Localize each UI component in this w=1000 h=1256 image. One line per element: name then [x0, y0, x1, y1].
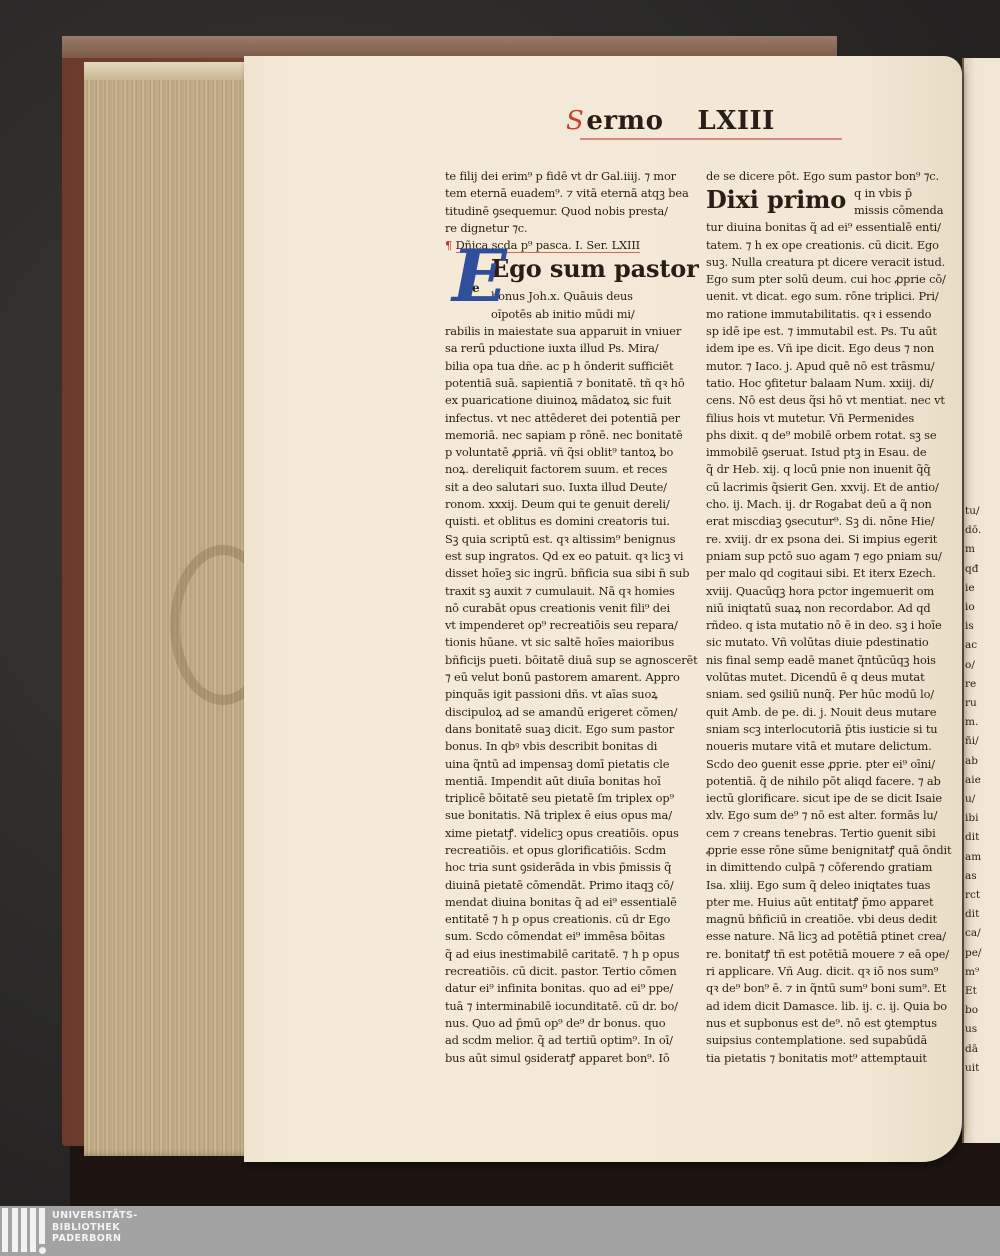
text-line: disset hoīeꝫ sic ingrū. bñficia sua sibi… [445, 565, 700, 582]
facing-page-text-fragment: tu/ dō. m qđ ie io is ac o/ re ru m. ñi/… [965, 502, 1000, 1078]
text-line: uina q̃ntū ad impensaꝫ domī pietatis cle [445, 756, 700, 773]
text-line: ⁊ eū velut bonū pastorem amarent. Appro [445, 669, 700, 686]
text-line: est sup ingratos. Qd ex eo patuit. qꝛ li… [445, 548, 700, 565]
text-line: erat miscdiaꝫ ꝯsecutur⁹. Sꝫ di. nōne Hie… [706, 513, 958, 530]
text-line: ꝓprie esse rōne sūme benignitatꝭ quā ōnd… [706, 842, 958, 859]
running-head-number: LXIII [697, 106, 774, 136]
text-line: suꝫ. Nulla creatura pt dicere veracit is… [706, 254, 958, 271]
text-line: rñdeo. q ista mutatio nō ē in deo. sꝫ i … [706, 617, 958, 634]
text-line: sum. Scdo cōmendat ei⁹ immēsa bōitas [445, 928, 700, 945]
text-line: iectū glorificare. sicut ipe de se dicit… [706, 790, 958, 807]
text-line: q̃ dr Heb. xij. q locū pnie non inuenit … [706, 461, 958, 478]
left-column-body: bonus Joh.x. Quāuis deusoĩpotēs ab initi… [445, 288, 700, 1066]
text-line: hoc tria sunt ꝯsiderāda in vbis p̄missis… [445, 859, 700, 876]
text-line: entitatē ⁊ h p opus creationis. cū dr Eg… [445, 911, 700, 928]
text-line: q̃ ad eius inestimabilē caritatē. ⁊ h p … [445, 946, 700, 963]
text-line: diuinā pietatē cōmendāt. Primo itaqꝫ cō/ [445, 877, 700, 894]
text-line: sic mutato. Vñ volūtas diuie pdestinatio [706, 634, 958, 651]
text-line: ad scdm melior. q̃ ad tertiū optim⁹. In … [445, 1032, 700, 1049]
text-line: noueris mutare vitā et mutare delictum. [706, 738, 958, 755]
text-line: bilia opa tua dñe. ac p h ōnderit suffic… [445, 358, 700, 375]
text-line: dans bonitatē suaꝫ dicit. Ego sum pastor [445, 721, 700, 738]
text-line: mendat diuina bonitas q̃ ad ei⁹ essentia… [445, 894, 700, 911]
text-line: ronom. xxxij. Deum qui te genuit dereli/ [445, 496, 700, 513]
text-line: ri applicare. Vñ Aug. dicit. qꝛ iō nos s… [706, 963, 958, 980]
decorated-initial: E e [452, 246, 508, 310]
text-line: pinquās igit passioni dñs. vt aīas suoꝝ [445, 686, 700, 703]
text-line: tur diuina bonitas q̃ ad ei⁹ essentialē … [706, 219, 958, 236]
text-line: sa rerū pductione iuxta illud Ps. Mira/ [445, 340, 700, 357]
text-line: mo ratione immutabilitatis. qꝛ i essendo [706, 306, 958, 323]
text-line: bonus. In qbꝰ vbis describit bonitas di [445, 738, 700, 755]
text-line: recreatiōis. cū dicit. pastor. Tertio cō… [445, 963, 700, 980]
text-line: tionis hūane. vt sic saltē hoīes maiorib… [445, 634, 700, 651]
book-cover-top-edge [62, 36, 837, 58]
text-line: vt impenderet op⁹ recreatiōis seu repara… [445, 617, 700, 634]
text-line: xlv. Ego sum de⁹ ⁊ nō est alter. formās … [706, 807, 958, 824]
text-line: quit Amb. de pe. di. j. Nouit deus mutar… [706, 704, 958, 721]
text-line: phs dixit. q de⁹ mobilē orbem rotat. sꝫ … [706, 427, 958, 444]
text-line: esse nature. Nā licꝫ ad potētiā ptinet c… [706, 928, 958, 945]
text-line: datur ei⁹ infinita bonitas. quo ad ei⁹ p… [445, 980, 700, 997]
library-logo-icon [2, 1208, 44, 1254]
text-line: Scdo deo ꝯuenit esse ꝓprie. pter ei⁹ oīn… [706, 756, 958, 773]
running-head-initial: S [566, 106, 584, 136]
text-line: sue bonitatis. Nā triplex ē eius opus ma… [445, 807, 700, 824]
text-line: re. bonitatꝭ tñ est potētiā mouere ⁊ eā … [706, 946, 958, 963]
text-line: Sꝫ quia scriptū est. qꝛ altissim⁹ benign… [445, 531, 700, 548]
text-line: te filij dei erim⁹ p fidē vt dr Gal.iiij… [445, 168, 700, 185]
text-line: pter me. Huius aūt entitatꝭ p̄mo apparet [706, 894, 958, 911]
logo-line-3: PADERBORN [52, 1233, 138, 1245]
text-line: filius hois vt mutetur. Vñ Permenides [706, 410, 958, 427]
text-line: nus. Quo ad p̄mū op⁹ de⁹ dr bonus. quo [445, 1015, 700, 1032]
text-line: xviij. Quacūqꝫ hora pctor ingemuerit om [706, 583, 958, 600]
text-line: bus aūt simul ꝯsideratꝭ apparet bon⁹. Iō [445, 1050, 700, 1067]
text-line: tem eternā euadem⁹. ⁊ vitā eternā atqꝫ b… [445, 185, 700, 202]
section-incipit: Dixi primo q in vbis p̄ missis cōmenda [706, 185, 958, 219]
text-line: nus et supbonus est de⁹. nō est ꝯtemptus [706, 1015, 958, 1032]
text-line: cho. ij. Mach. ij. dr Rogabat deū a q̃ n… [706, 496, 958, 513]
text-line: infectus. vt nec attēderet dei potentiā … [445, 410, 700, 427]
section-incipit-text: Dixi primo [706, 185, 846, 219]
left-column-opening-lines: te filij dei erim⁹ p fidē vt dr Gal.iiij… [445, 168, 700, 237]
text-line: mentiā. Impendit aūt diuīa bonitas hoī [445, 773, 700, 790]
text-line: pniam sup pctō suo agam ⁊ ego pniam su/ [706, 548, 958, 565]
running-head-title: ermo [586, 106, 663, 136]
right-column-body: tur diuina bonitas q̃ ad ei⁹ essentialē … [706, 219, 958, 1067]
text-line: in dimittendo culpā ⁊ cōferendo gratiam [706, 859, 958, 876]
text-line: Isa. xliij. Ego sum q̃ deleo iniqtates t… [706, 877, 958, 894]
text-line: noꝝ. dereliquit factorem suum. et reces [445, 461, 700, 478]
text-line: sp idē ipe est. ⁊ immutabil est. Ps. Tu … [706, 323, 958, 340]
library-footer-bar: UNIVERSITÄTS- BIBLIOTHEK PADERBORN [0, 1206, 1000, 1256]
facing-page: tu/ dō. m qđ ie io is ac o/ re ru m. ñi/… [962, 58, 1000, 1143]
text-line: tia pietatis ⁊ bonitatis mot⁹ attemptaui… [706, 1050, 958, 1067]
text-line: rabilis in maiestate sua apparuit in vni… [445, 323, 700, 340]
text-line: tuā ⁊ interminabilē iocunditatē. cū dr. … [445, 998, 700, 1015]
logo-line-1: UNIVERSITÄTS- [52, 1210, 138, 1222]
text-line: sniam scꝫ interlocutoriā p̄tis iusticie … [706, 721, 958, 738]
library-logo-text: UNIVERSITÄTS- BIBLIOTHEK PADERBORN [52, 1210, 138, 1245]
text-line: cens. Nō est deus q̃si hō vt mentiat. ne… [706, 392, 958, 409]
text-line: tatem. ⁊ h ex ope creationis. cū dicit. … [706, 237, 958, 254]
text-line: niū iniqtatū suaꝝ non recordabor. Ad qd [706, 600, 958, 617]
text-line: mutor. ⁊ Iaco. j. Apud quē nō est trāsmu… [706, 358, 958, 375]
text-line: p voluntatē ꝓpriā. vñ q̃si oblit⁹ tantoꝝ… [445, 444, 700, 461]
text-line: Ego sum pter solū deum. cui hoc ꝓprie cō… [706, 271, 958, 288]
text-line: ex puaricatione diuinoꝝ mādatoꝝ sic fuit [445, 392, 700, 409]
text-line: qꝛ de⁹ bon⁹ ē. ⁊ in q̃ntū sum⁹ boni sum⁹… [706, 980, 958, 997]
text-line: bñficijs pueti. bōitatē diuā sup se agno… [445, 652, 700, 669]
text-line: memoriā. nec sapiam p rōnē. nec bonitatē [445, 427, 700, 444]
text-line: idem ipe es. Vñ ipe dicit. Ego deus ⁊ no… [706, 340, 958, 357]
text-line: tatio. Hoc ꝯfitetur balaam Num. xxiij. d… [706, 375, 958, 392]
text-line: potentiā. q̃ de nihilo pōt aliqd facere.… [706, 773, 958, 790]
text-line: cū lacrimis q̃sierit Gen. xxvij. Et de a… [706, 479, 958, 496]
text-line: xime pietatꝭ. videlicꝫ opus creatiōis. o… [445, 825, 700, 842]
right-column-first-line: de se dicere pōt. Ego sum pastor bon⁹ ⁊c… [706, 168, 958, 185]
text-line: cem ⁊ creans tenebras. Tertio ꝯuenit sib… [706, 825, 958, 842]
text-line: nis final semp eadē manet q̃ntūcūqꝫ hois [706, 652, 958, 669]
text-line: volūtas mutet. Dicendū ē q deus mutat [706, 669, 958, 686]
logo-line-2: BIBLIOTHEK [52, 1222, 138, 1234]
text-line: per malo qd cogitaui sibi. Et iterx Ezec… [706, 565, 958, 582]
text-line: magnū bñficiū in creatiōe. vbi deus dedi… [706, 911, 958, 928]
text-line: potentiā suā. sapientiā ⁊ bonitatē. tñ q… [445, 375, 700, 392]
text-line: quisti. et oblitus es domini creatoris t… [445, 513, 700, 530]
incipit-side-line-2: missis cōmenda [854, 202, 943, 219]
text-line: ad idem dicit Damasce. lib. ij. c. ij. Q… [706, 998, 958, 1015]
text-line: recreatiōis. et opus glorificatiōis. Scd… [445, 842, 700, 859]
text-line: triplicē bōitatē seu pietatē ſm triplex … [445, 790, 700, 807]
text-line: uenit. vt dicat. ego sum. rōne triplici.… [706, 288, 958, 305]
text-line: discipuloꝝ ad se amandū erigeret cōmen/ [445, 704, 700, 721]
text-line: re. xviij. dr ex psona dei. Si impius eg… [706, 531, 958, 548]
text-line: sit a deo salutari suo. Iuxta illud Deut… [445, 479, 700, 496]
text-line: suipsius contemplatione. sed supabūdā [706, 1032, 958, 1049]
incipit-side-line-1: q in vbis p̄ [854, 185, 912, 202]
text-line: traxit sꝫ auxit ⁊ cumulauit. Nā qꝛ homie… [445, 583, 700, 600]
running-head-rule [580, 138, 842, 140]
text-column-right: de se dicere pōt. Ego sum pastor bon⁹ ⁊c… [706, 168, 958, 1067]
running-head: SermoLXIII [566, 106, 775, 136]
text-line: sniam. sed ꝯsiliū nunq̃. Per hūc modū lo… [706, 686, 958, 703]
text-line: immobilē ꝯseruat. Istud ptꝫ in Esau. de [706, 444, 958, 461]
text-line: nō curabāt opus creationis venit fili⁹ d… [445, 600, 700, 617]
text-line: titudinē ꝯsequemur. Quod nobis presta/ [445, 203, 700, 220]
